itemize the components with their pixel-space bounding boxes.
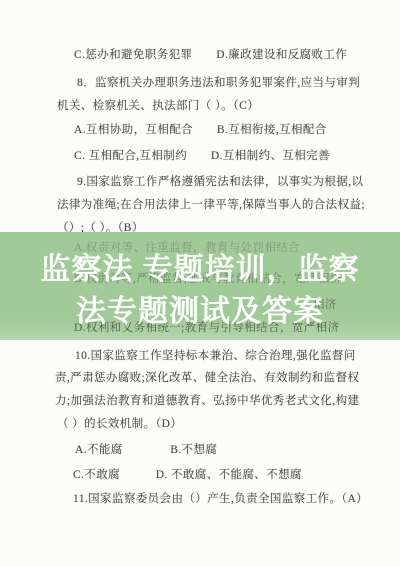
doc-line-options-c-d-q10: C.不敢腐 D. 不敢腐、不能腐、不想腐 xyxy=(73,468,302,482)
doc-line-question-11: 11.国家监察委员会由（）产生,负责全国监察工作。（A） xyxy=(73,492,368,506)
doc-line-question-10-wrap3: （ ）的长效机制。（D） xyxy=(57,417,182,431)
doc-line-question-9: 9.国家监察工作严格遵循宪法和法律，以事实为根据,以 xyxy=(77,175,363,189)
doc-line-options-c-d-q8: C. 互相配合,互相制约 D.互相制约、互相完善 xyxy=(74,149,330,163)
document-photo: C.惩办和避免职务犯罪 D.廉政建设和反腐败工作 8．监察机关办理职务违法和职务… xyxy=(0,0,400,566)
doc-line-options-a-b-q10: A.不能腐 B.不想腐 xyxy=(75,443,217,457)
doc-line-question-10: 10.国家监察工作坚持标本兼治、综合治理,强化监督问 xyxy=(75,349,356,363)
title-banner-overlay: A.权责对等、注重监督，教育与处罚相结合 B.权责对等,严格监督,惩戒与教育相结… xyxy=(0,232,400,340)
doc-line-question-10-wrap2: 力;加强法治教育和道德教育、弘扬中华优秀老式文化,构建 xyxy=(55,394,359,408)
doc-line-question-10-wrap1: 责,严肃惩办腐败;深化改革、健全法治、有效制约和监督权 xyxy=(55,371,359,385)
doc-line-question-9-wrap1: 法律为准绳;在合用法律上一律平等,保障当事人的合法权益; xyxy=(57,198,365,212)
doc-line-options-c-d-q7: C.惩办和避免职务犯罪 D.廉政建设和反腐败工作 xyxy=(74,48,347,62)
doc-line-options-a-b-q8: A.互相协助，互相配合 B.互相衔接,互相配合 xyxy=(74,123,327,137)
doc-line-question-8: 8．监察机关办理职务违法和职务犯罪案件,应当与审判 xyxy=(77,76,360,90)
banner-title-line-2: 法专题测试及答案 xyxy=(0,286,400,330)
banner-title-line-1: 监察法 专题培训，监察 xyxy=(0,244,400,288)
doc-line-question-8-wrap: 机关、检察机关、执法部门（ ）。（C） xyxy=(57,99,259,113)
